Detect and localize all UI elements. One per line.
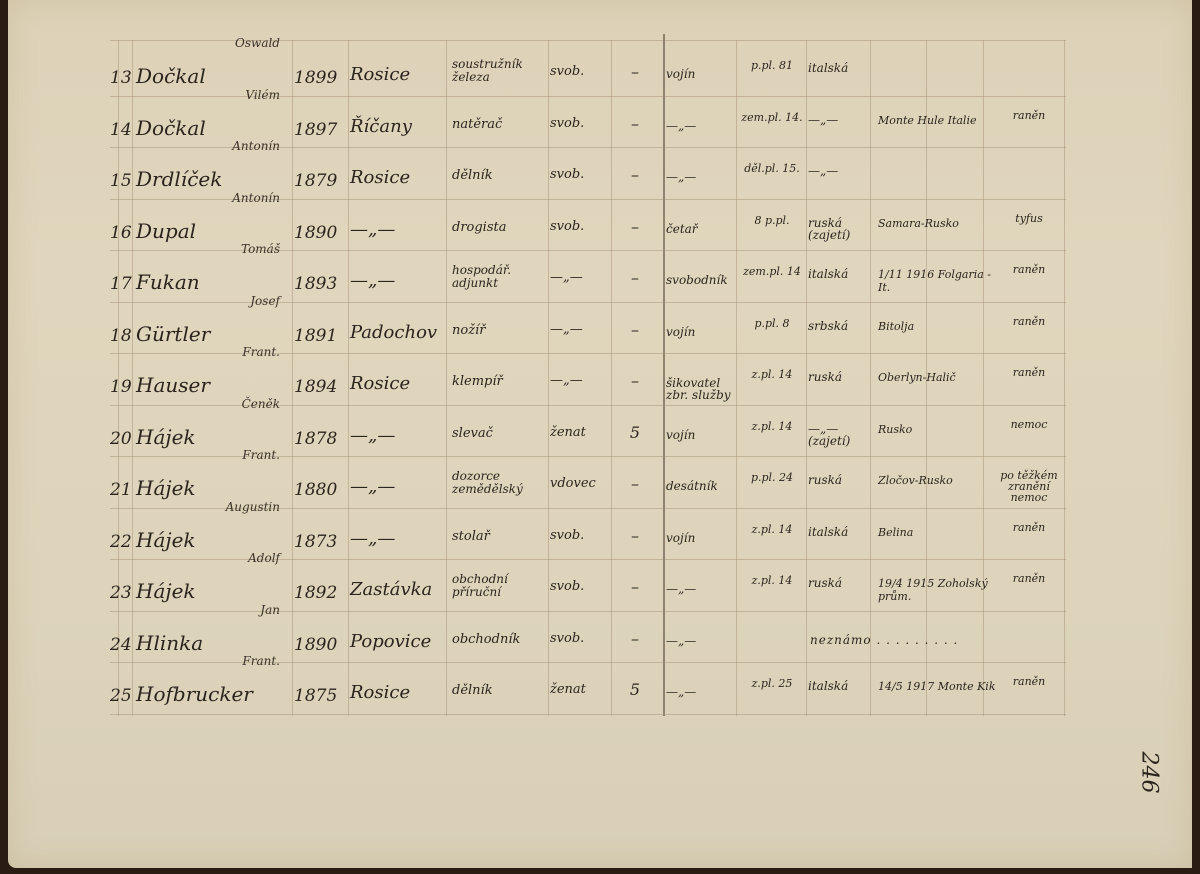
military-rank: svobodník — [666, 274, 738, 286]
birth-year: 1879 — [294, 171, 350, 191]
military-unit: p.pl. 8 — [738, 318, 806, 330]
surname: Dočkal — [136, 116, 286, 140]
place-date: Oberlyn-Halič — [878, 371, 998, 384]
birth-year: 1897 — [294, 120, 350, 140]
place-date: Samara-Rusko — [878, 217, 998, 230]
military-rank: šikovatel zbr. služby — [666, 377, 738, 401]
given-name: Oswald — [170, 36, 280, 50]
front: ruská — [808, 371, 872, 383]
surname: Fukan — [136, 270, 286, 294]
military-unit: 8 p.pl. — [738, 215, 806, 227]
occupation: natěrač — [452, 118, 546, 131]
given-name: Čeněk — [170, 397, 280, 411]
birth-year: 1875 — [294, 686, 350, 706]
note: nemoc — [994, 419, 1064, 430]
marital-status: svob. — [550, 116, 610, 131]
note: raněn — [994, 676, 1064, 687]
children-count: – — [615, 629, 655, 648]
children-count: 5 — [615, 423, 655, 442]
occupation: obchodní příruční — [452, 573, 546, 599]
front: italská — [808, 526, 872, 538]
military-rank: vojín — [666, 429, 738, 441]
front: —„— — [808, 165, 872, 177]
residence: —„— — [350, 528, 448, 549]
children-count: – — [615, 114, 655, 133]
given-name: Adolf — [170, 551, 280, 565]
ledger-row: 13 Oswald Dočkal 1899 Rosice soustružník… — [110, 44, 1066, 90]
birth-year: 1891 — [294, 326, 350, 346]
residence: Rosice — [350, 682, 448, 703]
page-number: 246 — [1137, 752, 1162, 794]
children-count: – — [615, 371, 655, 390]
birth-year: 1893 — [294, 274, 350, 294]
place-date: Bitolja — [878, 320, 998, 333]
marital-status: svob. — [550, 64, 610, 79]
residence: Říčany — [350, 116, 448, 137]
children-count: – — [615, 217, 655, 236]
given-name: Frant. — [170, 345, 280, 359]
given-name: Frant. — [170, 448, 280, 462]
row-number: 21 — [110, 480, 138, 500]
occupation: dozorce zemědělský — [452, 470, 546, 496]
military-rank: —„— — [666, 635, 738, 647]
front: ruská — [808, 474, 872, 486]
ledger-row: 22 Augustin Hájek 1873 —„— stolař svob. … — [110, 508, 1066, 554]
occupation: drogista — [452, 221, 546, 234]
birth-year: 1873 — [294, 532, 350, 552]
surname: Hauser — [136, 373, 286, 397]
front: —„— — [808, 114, 872, 126]
children-count: – — [615, 320, 655, 339]
birth-year: 1878 — [294, 429, 350, 449]
children-count: – — [615, 268, 655, 287]
children-count: – — [615, 165, 655, 184]
note: po těžkém zranění nemoc — [994, 470, 1064, 503]
military-unit: z.pl. 14 — [738, 369, 806, 381]
children-count: – — [615, 62, 655, 81]
birth-year: 1890 — [294, 635, 350, 655]
residence: —„— — [350, 270, 448, 291]
front: srbská — [808, 320, 872, 332]
birth-year: 1894 — [294, 377, 350, 397]
front: ruská (zajetí) — [808, 217, 872, 241]
military-unit: z.pl. 14 — [738, 421, 806, 433]
row-number: 19 — [110, 377, 138, 397]
given-name: Vilém — [170, 88, 280, 102]
marital-status: svob. — [550, 579, 610, 594]
row-number: 22 — [110, 532, 138, 552]
given-name: Josef — [170, 294, 280, 308]
row-number: 25 — [110, 686, 138, 706]
residence: Rosice — [350, 167, 448, 188]
residence: Rosice — [350, 373, 448, 394]
children-count: – — [615, 577, 655, 596]
front: italská — [808, 680, 872, 692]
occupation: dělník — [452, 684, 546, 697]
surname: Hájek — [136, 425, 286, 449]
row-number: 23 — [110, 583, 138, 603]
surname: Dupal — [136, 219, 286, 243]
military-rank: vojín — [666, 326, 738, 338]
place-date: 14/5 1917 Monte Kik — [878, 680, 998, 693]
military-unit: z.pl. 14 — [738, 524, 806, 536]
row-number: 13 — [110, 68, 138, 88]
residence: —„— — [350, 476, 448, 497]
note: raněn — [994, 573, 1064, 584]
marital-status: —„— — [550, 322, 610, 337]
marital-status: svob. — [550, 167, 610, 182]
birth-year: 1890 — [294, 223, 350, 243]
ledger-row: 17 Tomáš Fukan 1893 —„— hospodář. adjunk… — [110, 250, 1066, 296]
occupation: obchodník — [452, 633, 546, 646]
place-date: Zločov-Rusko — [878, 474, 998, 487]
surname: Hájek — [136, 528, 286, 552]
place-date: Rusko — [878, 423, 998, 436]
ledger-row: 16 Antonín Dupal 1890 —„— drogista svob.… — [110, 199, 1066, 245]
ledger-row: 25 Frant. Hofbrucker 1875 Rosice dělník … — [110, 662, 1066, 708]
military-unit: p.pl. 81 — [738, 60, 806, 72]
ledger-row: 18 Josef Gürtler 1891 Padochov nožíř —„—… — [110, 302, 1066, 348]
note: raněn — [994, 522, 1064, 533]
given-name: Antonín — [170, 139, 280, 153]
ledger-row: 19 Frant. Hauser 1894 Rosice klempíř —„—… — [110, 353, 1066, 399]
residence: Padochov — [350, 322, 448, 343]
ledger-row: 14 Vilém Dočkal 1897 Říčany natěrač svob… — [110, 96, 1066, 142]
military-rank: vojín — [666, 68, 738, 80]
military-rank: desátník — [666, 480, 738, 492]
birth-year: 1899 — [294, 68, 350, 88]
front: italská — [808, 268, 872, 280]
ledger-row: 20 Čeněk Hájek 1878 —„— slevač ženat 5 v… — [110, 405, 1066, 451]
children-count: – — [615, 474, 655, 493]
residence: Popovice — [350, 631, 448, 652]
military-rank: —„— — [666, 686, 738, 698]
ledger-page: 13 Oswald Dočkal 1899 Rosice soustružník… — [8, 0, 1192, 868]
occupation: dělník — [452, 169, 546, 182]
grid-line — [110, 714, 1066, 715]
place-date: 19/4 1915 Zoholský prům. — [878, 577, 998, 603]
surname: Drdlíček — [136, 167, 286, 191]
marital-status: ženat — [550, 682, 610, 697]
given-name: Tomáš — [170, 242, 280, 256]
marital-status: svob. — [550, 219, 610, 234]
military-unit: z.pl. 25 — [738, 678, 806, 690]
ledger-row: 23 Adolf Hájek 1892 Zastávka obchodní př… — [110, 559, 1066, 605]
military-unit: zem.pl. 14 — [738, 266, 806, 278]
marital-status: svob. — [550, 631, 610, 646]
military-rank: —„— — [666, 583, 738, 595]
surname: Hájek — [136, 579, 286, 603]
note: raněn — [994, 110, 1064, 121]
given-name: Antonín — [170, 191, 280, 205]
ledger-row: 15 Antonín Drdlíček 1879 Rosice dělník s… — [110, 147, 1066, 193]
ledger-row: 21 Frant. Hájek 1880 —„— dozorce zeměděl… — [110, 456, 1066, 502]
row-number: 14 — [110, 120, 138, 140]
note: raněn — [994, 316, 1064, 327]
given-name: Jan — [170, 603, 280, 617]
given-name: Frant. — [170, 654, 280, 668]
ledger-row: 24 Jan Hlinka 1890 Popovice obchodník sv… — [110, 611, 1066, 657]
occupation: nožíř — [452, 324, 546, 337]
unknown-span: neznámo . . . . . . . . . — [810, 633, 958, 647]
surname: Hlinka — [136, 631, 286, 655]
residence: Rosice — [350, 64, 448, 85]
note: raněn — [994, 367, 1064, 378]
military-rank: —„— — [666, 171, 738, 183]
marital-status: vdovec — [550, 476, 610, 491]
front: —„— (zajetí) — [808, 423, 872, 447]
row-number: 15 — [110, 171, 138, 191]
place-date: Belina — [878, 526, 998, 539]
marital-status: —„— — [550, 373, 610, 388]
row-number: 20 — [110, 429, 138, 449]
surname: Dočkal — [136, 64, 286, 88]
note: raněn — [994, 264, 1064, 275]
residence: —„— — [350, 219, 448, 240]
front: ruská — [808, 577, 872, 589]
row-number: 16 — [110, 223, 138, 243]
occupation: hospodář. adjunkt — [452, 264, 546, 290]
marital-status: —„— — [550, 270, 610, 285]
marital-status: ženat — [550, 425, 610, 440]
row-number: 18 — [110, 326, 138, 346]
children-count: – — [615, 526, 655, 545]
occupation: klempíř — [452, 375, 546, 388]
front: italská — [808, 62, 872, 74]
place-date: 1/11 1916 Folgaria - It. — [878, 268, 998, 294]
surname: Hájek — [136, 476, 286, 500]
surname: Gürtler — [136, 322, 286, 346]
occupation: slevač — [452, 427, 546, 440]
row-number: 17 — [110, 274, 138, 294]
residence: Zastávka — [350, 579, 448, 600]
occupation: stolař — [452, 530, 546, 543]
given-name: Augustin — [170, 500, 280, 514]
birth-year: 1880 — [294, 480, 350, 500]
military-unit: p.pl. 24 — [738, 472, 806, 484]
occupation: soustružník železa — [452, 58, 546, 84]
military-rank: —„— — [666, 120, 738, 132]
military-unit: z.pl. 14 — [738, 575, 806, 587]
residence: —„— — [350, 425, 448, 446]
surname: Hofbrucker — [136, 682, 286, 706]
military-unit: zem.pl. 14. — [738, 112, 806, 124]
marital-status: svob. — [550, 528, 610, 543]
ledger-table: 13 Oswald Dočkal 1899 Rosice soustružník… — [110, 40, 1066, 716]
row-number: 24 — [110, 635, 138, 655]
place-date: Monte Hule Italie — [878, 114, 998, 127]
birth-year: 1892 — [294, 583, 350, 603]
military-unit: děl.pl. 15. — [738, 163, 806, 175]
children-count: 5 — [615, 680, 655, 699]
military-rank: četař — [666, 223, 738, 235]
note: tyfus — [994, 213, 1064, 224]
military-rank: vojín — [666, 532, 738, 544]
